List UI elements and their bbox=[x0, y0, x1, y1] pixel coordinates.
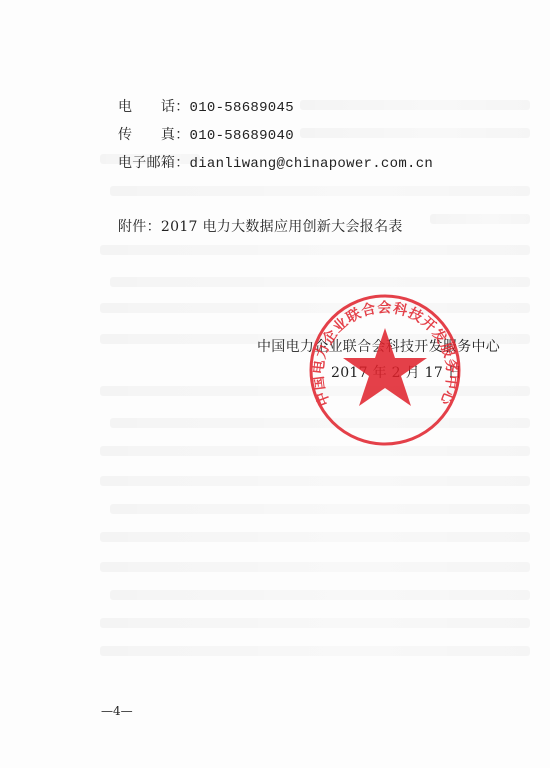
email-line: 电子邮箱：dianliwang@chinapower.com.cn bbox=[118, 152, 433, 172]
email-address: dianliwang@chinapower.com.cn bbox=[190, 156, 434, 172]
star-icon bbox=[343, 328, 427, 406]
fax-line: 传 真：010-58689040 bbox=[118, 124, 294, 144]
email-label: 电子邮箱： bbox=[118, 155, 190, 171]
attachment-title: 2017 电力大数据应用创新大会报名表 bbox=[161, 219, 403, 235]
fax-label: 传 真： bbox=[118, 127, 190, 143]
phone-line: 电 话：010-58689045 bbox=[118, 96, 294, 116]
page-number: —4— bbox=[101, 704, 133, 718]
phone-label: 电 话： bbox=[118, 99, 190, 115]
phone-number: 010-58689045 bbox=[190, 100, 294, 116]
attachment-label: 附件： bbox=[118, 219, 161, 235]
attachment-line: 附件：2017 电力大数据应用创新大会报名表 bbox=[118, 216, 403, 236]
fax-number: 010-58689040 bbox=[190, 128, 294, 144]
official-seal-icon: 中国电力企业联合会科技开发服务中心 bbox=[305, 290, 465, 450]
